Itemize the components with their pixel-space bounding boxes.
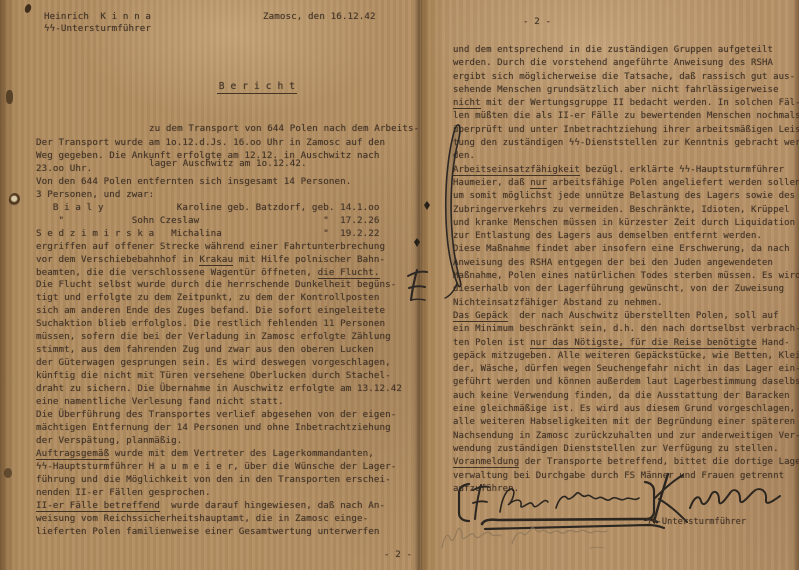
text-line: Arbeitseinsatzfähigkeit bezügl. erklärte… [453, 164, 799, 177]
text-line: 23.oo Uhr. [36, 163, 402, 176]
text-line: ten Polen ist nur das Nötigste, für die … [453, 337, 799, 350]
text-line: Nachsendung in Zamosc zurückzuhalten und… [453, 430, 799, 443]
text-line: um somit möglichst jede unnütze Belastun… [453, 190, 799, 203]
text-line: II-er Fälle betreffend wurde darauf hing… [36, 500, 402, 513]
margin-f-mark [408, 270, 427, 300]
text-line: wendung zuständigen Dienststellen zur Ve… [453, 443, 799, 456]
sender-name: Heinrich K i n n a [44, 11, 151, 22]
text-line: überprüft und unter Inbetrachtziehung ih… [453, 124, 799, 137]
dateline: Zamosc, den 16.12.42 [263, 11, 376, 22]
text-line: Von den 644 Polen entfernten sich insges… [36, 176, 402, 189]
text-line: vor dem Verschiebebahnhof in Krakau mit … [36, 254, 402, 267]
text-line: len müßten die als II-er Fälle zu bewert… [453, 110, 799, 123]
page1-body-text: Der Transport wurde am 1o.12.d.Js. 16.oo… [36, 137, 402, 539]
ink-dot [414, 238, 420, 247]
ink-speck [24, 3, 33, 14]
text-line: Auftragsgemäß wurde mit dem Vertreter de… [36, 448, 402, 461]
text-line: alle weiteren Habseligkeiten mit der Beg… [453, 416, 799, 429]
page-right-edge [791, 0, 799, 570]
text-line: S e d z i m i r s k a Michalina " 19.2.2… [36, 228, 402, 241]
text-line: ergibt sich möglicherweise die Tatsache,… [453, 71, 799, 84]
text-line: beamten, die die verschlossene Wagentür … [36, 267, 402, 280]
text-line: Die Überführung des Transportes verlief … [36, 409, 402, 422]
text-line: Das Gepäck der nach Auschwitz überstellt… [453, 310, 799, 323]
text-line: ein Minimum beschränkt sein, d.h. den na… [453, 323, 799, 336]
marginalia [395, 100, 485, 315]
text-line: mächtigen Entfernung der 14 Personen und… [36, 422, 402, 435]
text-line: müssen, sofern die bei der Verladung in … [36, 331, 402, 344]
text-line: sich am anderen Ende des Zuges befand. D… [36, 305, 402, 318]
text-line: Die Flucht selbst wurde durch die herrsc… [36, 279, 402, 292]
signature-kinna [654, 474, 780, 522]
sender-rank: ϟϟ-Untersturmführer [44, 23, 151, 34]
signature-typed-rank: ϟϟ-Untersturmführer [646, 517, 746, 527]
margin-check-loop [445, 125, 461, 298]
text-line: zur Entlastung des Lagers aus demselben … [453, 230, 799, 243]
text-line: stimmt, aus dem fahrenden Zug und zwar a… [36, 344, 402, 357]
text-line: 3 Personen, und zwar: [36, 189, 402, 202]
text-line: draht zu sichern. Die Übernahme in Ausch… [36, 383, 402, 396]
text-line: der Güterwagen gesprungen sein. Es wird … [36, 357, 402, 370]
text-line: Diese Maßnahme findet aber insofern eine… [453, 243, 799, 256]
text-line: den. [453, 150, 799, 163]
staple-hole [8, 192, 22, 207]
text-line: B i a l y Karoline geb. Batzdorf, geb. 1… [36, 202, 402, 215]
text-line: nicht mit der Wertungsgruppe II bedacht … [453, 97, 799, 110]
edge-stain [4, 468, 12, 478]
text-line: Nichteinsatzfähiger Abstand zu nehmen. [453, 297, 799, 310]
document-scan: Heinrich K i n n a ϟϟ-Untersturmführer Z… [0, 0, 799, 570]
text-line: " Sohn Czeslaw " 17.2.26 [36, 215, 402, 228]
ink-dot [424, 201, 430, 210]
text-line: geführt werden und können außerdem laut … [453, 376, 799, 389]
text-line: ϟϟ-Hauptsturmführer H a u m e i e r, übe… [36, 461, 402, 474]
text-line: weisung vom Reichssicherheitshauptamt, d… [36, 513, 402, 526]
text-line: werden. Durch die vorstehend angeführte … [453, 57, 799, 70]
text-line: und dem entsprechend in die zuständigen … [453, 44, 799, 57]
pencil-note [442, 528, 607, 548]
text-line: eine gleichmäßige ist. Es wird aus diese… [453, 403, 799, 416]
text-line: eine namentliche Verlesung fand nicht st… [36, 396, 402, 409]
subject-line: zu dem Transport von 644 Polen nach dem … [149, 123, 419, 136]
page-1: Heinrich K i n n a ϟϟ-Untersturmführer Z… [0, 0, 421, 570]
report-title: B e r i c h t [217, 81, 297, 94]
text-line: Maßnahme, Polen eines natürlichen Todes … [453, 270, 799, 283]
text-line: ergriffen auf offener Strecke während ei… [36, 241, 402, 254]
text-line: nenden II-er Fällen gesprochen. [36, 487, 402, 500]
text-line: tung den zuständigen ϟϟ-Dienststellen zu… [453, 137, 799, 150]
text-line: Zubringerverkehrs zu vermeiden. Beschrän… [453, 204, 799, 217]
text-line: Suchaktion blieb erfolglos. Die restlich… [36, 318, 402, 331]
text-line: auch keine Verwendung finden, da die Aus… [453, 390, 799, 403]
text-line: und kranke Menschen müssen in kürzester … [453, 217, 799, 230]
text-line: gepäck mitzugeben. Alle weiteren Gepäcks… [453, 350, 799, 363]
text-line: der Verspätung, planmäßig. [36, 435, 402, 448]
signature-underline [482, 519, 664, 529]
text-line: Weg gegeben. Die Ankunft erfolgte am 12.… [36, 150, 402, 163]
text-line: Anweisung des RSHA entgegen der bei den … [453, 257, 799, 270]
text-line: Haumeier, daß nur arbeitsfähige Polen an… [453, 177, 799, 190]
text-line: sehende Menschen grundsätzlich aber nich… [453, 84, 799, 97]
page1-footer-pagenum: - 2 - [384, 549, 412, 560]
text-line: künftig die nicht mit Türen versehene Ob… [36, 370, 402, 383]
page2-body-text: und dem entsprechend in die zuständigen … [453, 44, 799, 496]
text-line: Der Transport wurde am 1o.12.d.Js. 16.oo… [36, 137, 402, 150]
text-line: tigt und erfolgte zu dem Zeitpunkt, zu d… [36, 292, 402, 305]
edge-stain [6, 90, 13, 104]
text-line: der, Wäsche, dürfen wegen Seuchengefahr … [453, 363, 799, 376]
page2-header-pagenum: - 2 - [523, 16, 551, 27]
text-line: führung und die Möglichkeit von den in d… [36, 474, 402, 487]
text-line: dieserhalb von der Lagerführung gewünsch… [453, 283, 799, 296]
text-line: lieferten Polen familienweise einer Gesa… [36, 526, 402, 539]
